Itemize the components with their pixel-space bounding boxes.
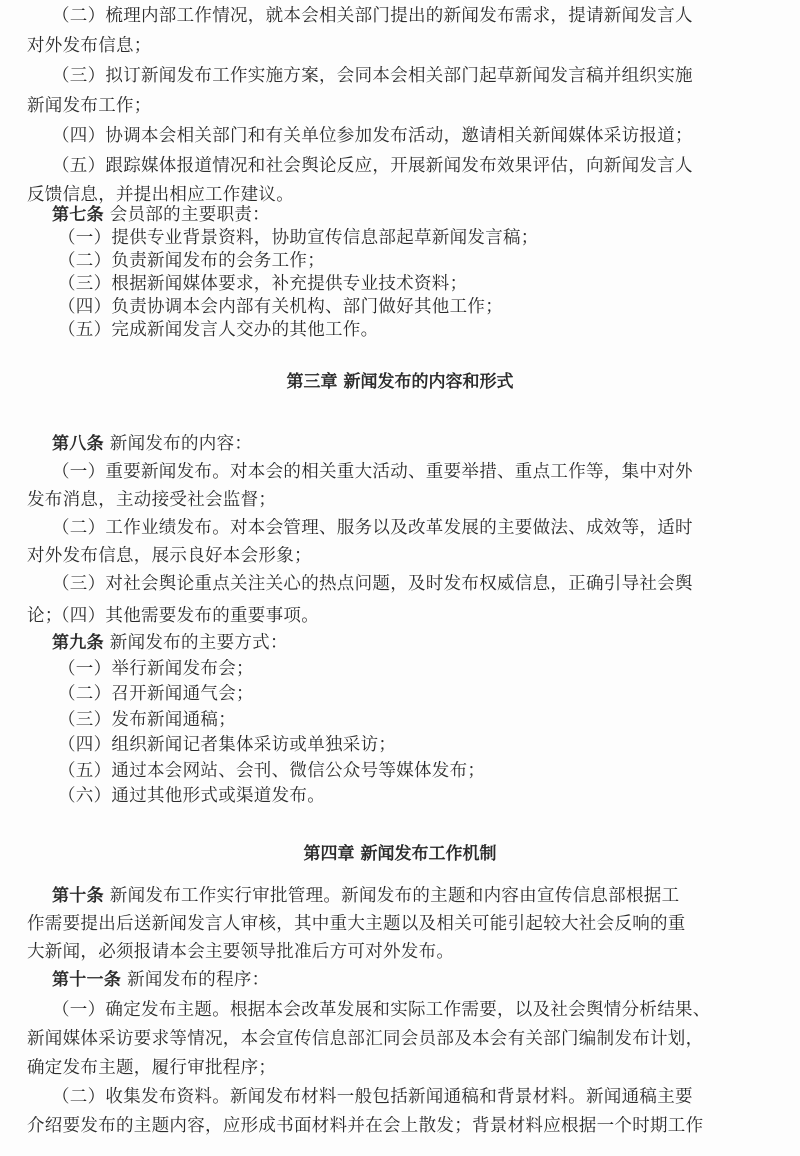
article-label: 第九条 [52,633,104,653]
article-label: 第七条 [52,205,104,225]
article-text: 新闻发布的内容： [104,434,252,454]
text-line: 介绍要发布的主题内容，应形成书面材料并在会上散发；背景材料应根据一个时期工作 [27,1114,703,1138]
text-line: （五）完成新闻发言人交办的其他工作。 [58,318,378,342]
text-line: （三）根据新闻媒体要求，补充提供专业技术资料； [58,272,467,296]
text-line: （一）提供专业背景资料，协助宣传信息部起草新闻发言稿； [58,226,539,250]
text-line: （四）负责协调本会内部有关机构、部门做好其他工作； [58,295,503,319]
article-paragraph: 第八条 新闻发布的内容： [52,432,252,456]
text-line: （四）其他需要发布的重要事项。 [52,604,319,628]
text-line: （一）确定发布主题。根据本会改革发展和实际工作需要，以及社会舆情分析结果、 [52,998,711,1022]
text-line: 作需要提出后送新闻发言人审核，其中重大主题以及相关可能引起较大社会反响的重 [27,912,686,936]
text-line: （一）举行新闻发布会； [58,657,254,681]
article-label: 第十条 [52,886,104,906]
text-line: 对外发布信息，展示良好本会形象； [27,544,312,568]
text-line: 确定发布主题，履行审批程序； [27,1056,276,1080]
text-line: 对外发布信息； [27,34,152,58]
text-line: （六）通过其他形式或渠道发布。 [58,784,325,808]
text-line: （二）收集发布资料。新闻发布材料一般包括新闻通稿和背景材料。新闻通稿主要 [52,1085,693,1109]
text-line: （三）拟订新闻发布工作实施方案，会同本会相关部门起草新闻发言稿并组织实施 [52,64,693,88]
article-label: 第十一条 [52,970,121,990]
article-text: 会员部的主要职责： [104,205,270,225]
text-line: （二）负责新闻发布的会务工作； [58,249,325,273]
text-line: （四）协调本会相关部门和有关单位参加发布活动，邀请相关新闻媒体采访报道； [52,124,693,148]
text-line: 新闻媒体采访要求等情况，本会宣传信息部汇同会员部及本会有关部门编制发布计划， [27,1027,703,1051]
chapter-heading: 第三章 新闻发布的内容和形式 [0,370,800,394]
article-text: 新闻发布工作实行审批管理。新闻发布的主题和内容由宣传信息部根据工 [104,886,679,906]
article-paragraph: 第七条 会员部的主要职责： [52,203,270,227]
text-line: 新闻发布工作； [27,94,152,118]
article-label: 第八条 [52,434,104,454]
article-text: 新闻发布的程序： [121,970,269,990]
text-line: （三）对社会舆论重点关注关心的热点问题，及时发布权威信息，正确引导社会舆 [52,572,693,596]
article-paragraph: 第十条 新闻发布工作实行审批管理。新闻发布的主题和内容由宣传信息部根据工 [52,884,679,908]
text-line: （二）梳理内部工作情况，就本会相关部门提出的新闻发布需求，提请新闻发言人 [52,4,693,28]
chapter-heading: 第四章 新闻发布工作机制 [0,842,800,866]
text-line: （一）重要新闻发布。对本会的相关重大活动、重要举措、重点工作等，集中对外 [52,460,693,484]
text-line: 大新闻，必须报请本会主要领导批准后方可对外发布。 [27,940,454,964]
text-line: （五）通过本会网站、会刊、微信公众号等媒体发布； [58,759,485,783]
article-paragraph: 第十一条 新闻发布的程序： [52,968,269,992]
article-text: 新闻发布的主要方式： [104,633,288,653]
text-line: （二）工作业绩发布。对本会管理、服务以及改革发展的主要做法、成效等，适时 [52,516,693,540]
text-line: （二）召开新闻通气会； [58,682,254,706]
text-line: （三）发布新闻通稿； [58,708,236,732]
text-line: （五）跟踪媒体报道情况和社会舆论反应，开展新闻发布效果评估，向新闻发言人 [52,154,693,178]
text-line: 发布消息，主动接受社会监督； [27,488,276,512]
document-page: （二）梳理内部工作情况，就本会相关部门提出的新闻发布需求，提请新闻发言人对外发布… [0,0,800,1156]
article-paragraph: 第九条 新闻发布的主要方式： [52,631,288,655]
text-line: （四）组织新闻记者集体采访或单独采访； [58,733,396,757]
